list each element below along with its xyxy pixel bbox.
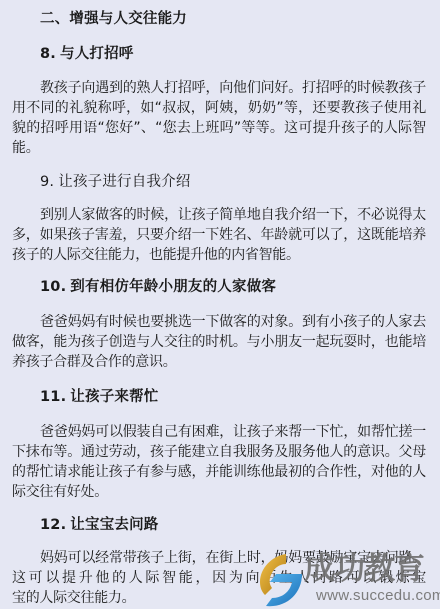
item-number: 12. (40, 517, 66, 533)
watermark-url: www.succedu.com (316, 587, 440, 604)
article-page: 二、增强与人交往能力 8.与人打招呼 教孩子向遇到的熟人打招呼，向他们问好。打招… (0, 0, 440, 609)
item-title: 到有相仿年龄小朋友的人家做客 (70, 279, 276, 295)
item-number: 9. (40, 174, 54, 190)
item-heading-9: 9.让孩子进行自我介绍 (40, 170, 191, 191)
section-title: 二、增强与人交往能力 (40, 7, 187, 28)
paragraph-line: 貌的招呼用语“您好”、“您去上班吗”等等。这可提升孩子的人际智 (12, 118, 426, 138)
item-heading-11: 11.让孩子来帮忙 (40, 385, 159, 406)
item-heading-10: 10.到有相仿年龄小朋友的人家做客 (40, 275, 276, 296)
paragraph-line: 下抹布等。通过劳动，孩子能建立自我服务及服务他人的意识。父母 (12, 442, 426, 462)
paragraph-line: 爸爸妈妈有时候也要挑选一下做客的对象。到有小孩子的人家去 (40, 312, 426, 332)
watermark: 成功教育 www.succedu.com (256, 548, 440, 609)
paragraph-line: 的帮忙请求能让孩子有参与感，并能训练他最初的合作性，对他的人 (12, 462, 426, 482)
paragraph-line: 教孩子向遇到的熟人打招呼，向他们问好。打招呼的时候教孩子 (40, 78, 426, 98)
paragraph-line: 爸爸妈妈可以假装自己有困难，让孩子来帮一下忙，如帮忙搓一 (40, 422, 426, 442)
paragraph-line: 做客，能为孩子创造与人交往的时机。与小朋友一起玩耍时，也能培 (12, 332, 426, 352)
item-heading-12: 12.让宝宝去问路 (40, 513, 159, 534)
item-title: 让孩子进行自我介绍 (58, 174, 190, 190)
item-number: 11. (40, 389, 66, 405)
item-number: 8. (40, 46, 56, 62)
item-heading-8: 8.与人打招呼 (40, 42, 134, 63)
paragraph-line: 际交往有好处。 (12, 482, 426, 502)
paragraph-line: 用不同的礼貌称呼，如“叔叔，阿姨，奶奶”等，还要教孩子使用礼 (12, 98, 426, 118)
item-number: 10. (40, 279, 66, 295)
item-title: 让宝宝去问路 (70, 517, 158, 533)
succedu-logo-icon (256, 552, 304, 608)
item-title: 让孩子来帮忙 (70, 389, 158, 405)
paragraph-line: 能。 (12, 138, 426, 158)
item-title: 与人打招呼 (60, 46, 134, 62)
watermark-brand: 成功教育 (304, 552, 424, 586)
paragraph-line: 多，如果孩子害羞，只要介绍一下姓名、年龄就可以了，这既能培养 (12, 225, 426, 245)
paragraph-line: 孩子的人际交往能力，也能提升他的内省智能。 (12, 245, 426, 265)
paragraph-line: 养孩子合群及合作的意识。 (12, 352, 426, 372)
paragraph-line: 到别人家做客的时候，让孩子简单地自我介绍一下，不必说得太 (40, 205, 426, 225)
